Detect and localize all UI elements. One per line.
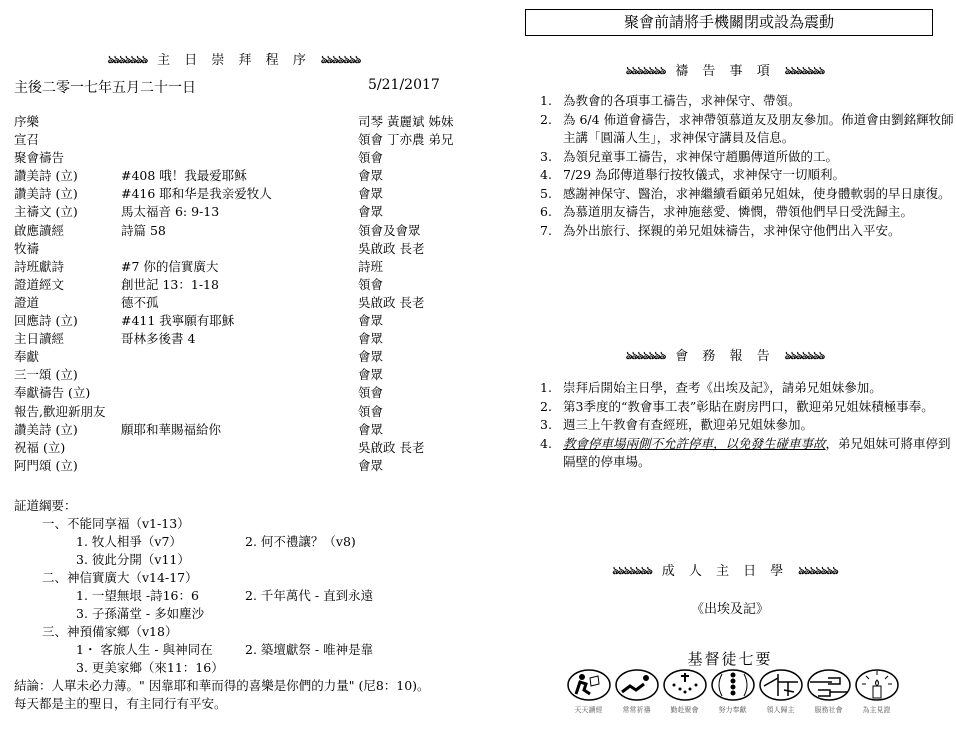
order-item-name: 讚美詩 (立) [14, 185, 78, 203]
outline-point-row: 1・ 客旅人生 - 與神同在2. 築壇獻祭 - 唯神是靠 [14, 641, 484, 659]
essential-label: 服務社會 [805, 705, 852, 715]
sunday-school-title-bar: ঌঌঌঌঌঌঌ成 人 主 日 學ঌঌঌঌঌঌঌ [560, 560, 890, 581]
order-item-name: 報告,歡迎新朋友 [14, 403, 105, 421]
outline-section-title: 二、神信實廣大（v14-17） [14, 569, 484, 587]
order-item-detail: 願耶和華賜福給你 [121, 421, 221, 439]
announcements-list: 1.崇拜后開始主日學，查考《出埃及記》，請弟兄姐妹參加。2.第3季度的“教會事工… [537, 379, 956, 472]
essential-item: 為主見證 [853, 668, 900, 715]
prayer-item: 7.為外出旅行、探親的弟兄姐妹禱告，求神保守他們出入平安。 [537, 222, 956, 241]
seven-essentials-icons: 天天讀經常常祈禱勤赴聚會努力奉獻領人歸主服務社會為主見證 [565, 668, 900, 715]
order-item-detail: #416 耶和华是我亲爱牧人 [121, 185, 272, 203]
announcement-emphasis: 教會停車場兩側不允許停車，以免發生碰車事故 [563, 436, 826, 451]
order-item-name: 宣召 [14, 131, 39, 149]
order-item-leader: 會眾 [358, 203, 383, 221]
praying-icon [614, 668, 660, 702]
essential-item: 常常祈禱 [613, 668, 660, 715]
order-item-leader: 會眾 [358, 185, 383, 203]
outline-point-row: 1. 牧人相爭（v7）2. 何不禮讓？（v8) [14, 533, 484, 551]
essential-item: 努力奉獻 [709, 668, 756, 715]
essential-label: 天天讀經 [565, 705, 612, 715]
order-item: 阿門頌 (立)會眾 [14, 457, 474, 475]
order-item-name: 奉獻禱告 (立) [14, 384, 90, 402]
order-item: 啟應讀經詩篇 58領會及會眾 [14, 222, 474, 240]
left-page: ঌঌঌঌঌঌঌ主 日 崇 拜 程 序ঌঌঌঌঌঌঌ 主後二零一七年五月二十一日 … [0, 0, 480, 741]
order-item-name: 詩班獻詩 [14, 258, 64, 276]
prayer-list: 1.為教會的各項事工禱告，求神保守、帶領。2.為 6/4 佈道會禱告，求神帶領慕… [537, 92, 956, 240]
evangelism-icon [758, 668, 804, 702]
order-item: 奉獻禱告 (立)領會 [14, 384, 474, 402]
order-item: 回應詩 (立)#411 我寧願有耶穌會眾 [14, 312, 474, 330]
outline-heading: 証道綱要： [14, 497, 484, 515]
announcement-text: 週三上午教會有查經班，歡迎弟兄姐妹參加。 [563, 417, 813, 432]
order-item-name: 證道 [14, 294, 39, 312]
order-item-detail: 德不孤 [121, 294, 159, 312]
prayer-item-text: 為教會的各項事工禱告，求神保守、帶領。 [563, 93, 801, 108]
order-item-detail: #411 我寧願有耶穌 [121, 312, 234, 330]
order-item-leader: 會眾 [358, 421, 383, 439]
order-item-leader: 司琴 黃麗斌 姊妹 [358, 113, 453, 131]
item-number: 2. [540, 111, 552, 130]
outline-point-row: 3. 更美家鄉（來11：16） [14, 659, 484, 677]
item-number: 6. [540, 203, 552, 222]
item-number: 3. [540, 416, 552, 435]
item-number: 1. [540, 92, 552, 111]
order-item-detail: 詩篇 58 [121, 222, 166, 240]
order-item-leader: 吳啟政 長老 [358, 439, 424, 457]
order-item-leader: 領會 丁亦農 弟兄 [358, 131, 453, 149]
outline-point-row: 3. 彼此分開（v11） [14, 551, 484, 569]
ornament-icon: ঌঌঌঌঌঌঌ [612, 562, 651, 581]
order-item-detail: 馬太福音 6: 9-13 [121, 203, 219, 221]
order-item-leader: 領會及會眾 [358, 222, 421, 240]
announcement-text: 第3季度的“教會事工表”彰貼在廚房門口，歡迎弟兄姐妹積極事奉。 [563, 399, 934, 414]
prayer-title-bar: ঌঌঌঌঌঌঌ禱 告 事 項ঌঌঌঌঌঌঌ [560, 60, 890, 81]
essential-label: 勤赴聚會 [661, 705, 708, 715]
order-item-name: 奉獻 [14, 348, 39, 366]
order-item: 牧禱吳啟政 長老 [14, 240, 474, 258]
ornament-icon: ঌঌঌঌঌঌঌ [626, 62, 665, 81]
announcement-item: 4.教會停車場兩側不允許停車，以免發生碰車事故，弟兄姐妹可將車停到隔壁的停車場。 [537, 435, 956, 472]
order-item-leader: 領會 [358, 384, 383, 402]
order-item-leader: 領會 [358, 403, 383, 421]
order-item-detail: #408 哦！我最爱耶稣 [121, 167, 247, 185]
outline-point: 1. 一望無垠 -詩16：6 [76, 587, 199, 605]
outline-point: 3. 子孫滿堂 - 多如塵沙 [76, 605, 204, 623]
item-number: 2. [540, 398, 552, 417]
prayer-item-text: 為領兒童事工禱告，求神保守趙鵬傳道所做的工。 [563, 149, 838, 164]
ornament-icon: ঌঌঌঌঌঌঌ [785, 62, 824, 81]
order-item: 詩班獻詩#7 你的信實廣大詩班 [14, 258, 474, 276]
order-item: 讚美詩 (立)願耶和華賜福給你會眾 [14, 421, 474, 439]
prayer-item: 5.感謝神保守、醫治，求神繼續看顧弟兄姐妹，使身體軟弱的早日康復。 [537, 185, 956, 204]
outline-point: 2. 千年萬代 - 直到永遠 [245, 587, 373, 605]
announcement-item: 3.週三上午教會有查經班，歡迎弟兄姐妹參加。 [537, 416, 956, 435]
order-item-leader: 會眾 [358, 348, 383, 366]
date-row: 主後二零一七年五月二十一日 5/21/2017 [14, 77, 464, 97]
order-item: 讚美詩 (立)#416 耶和华是我亲爱牧人會眾 [14, 185, 474, 203]
essential-label: 為主見證 [853, 705, 900, 715]
outline-closing: 每天都是主的聖日，有主同行有平安。 [14, 695, 484, 713]
ornament-icon: ঌঌঌঌঌঌঌ [785, 347, 824, 366]
order-item-name: 序樂 [14, 113, 39, 131]
order-item: 證道經文創世記 13：1-18領會 [14, 276, 474, 294]
outline-conclusion: 結論：人單未必力薄。" 因靠耶和華而得的喜樂是你們的力量" (尼8：10)。 [14, 677, 484, 695]
order-item-leader: 領會 [358, 149, 383, 167]
seven-essentials-title: 基督徒七要 [640, 648, 820, 669]
order-item-leader: 會眾 [358, 366, 383, 384]
order-item-leader: 會眾 [358, 167, 383, 185]
order-item: 三一頌 (立)會眾 [14, 366, 474, 384]
order-item: 宣召領會 丁亦農 弟兄 [14, 131, 474, 149]
phone-notice-banner: 聚會前請將手機關閉或設為震動 [525, 9, 933, 36]
worship-title-bar: ঌঌঌঌঌঌঌ主 日 崇 拜 程 序ঌঌঌঌঌঌঌ [84, 49, 384, 70]
prayer-item-text: 感謝神保守、醫治，求神繼續看顧弟兄姐妹，使身體軟弱的早日康復。 [563, 186, 951, 201]
order-item-name: 三一頌 (立) [14, 366, 78, 384]
prayer-item: 4.7/29 為邱傳道舉行按牧儀式，求神保守一切順利。 [537, 166, 956, 185]
order-item: 奉獻會眾 [14, 348, 474, 366]
item-number: 5. [540, 185, 552, 204]
order-item-leader: 吳啟政 長老 [358, 240, 424, 258]
prayer-title: 禱 告 事 項 [675, 64, 774, 79]
order-item-leader: 吳啟政 長老 [358, 294, 424, 312]
prayer-item-text: 為 6/4 佈道會禱告，求神帶領慕道友及朋友參加。佈道會由劉銘輝牧師主講「圓滿人… [563, 112, 954, 146]
order-item-name: 主禱文 (立) [14, 203, 78, 221]
essential-item: 天天讀經 [565, 668, 612, 715]
item-number: 4. [540, 435, 552, 454]
order-item: 聚會禱告領會 [14, 149, 474, 167]
essential-label: 領人歸主 [757, 705, 804, 715]
item-number: 7. [540, 222, 552, 241]
essential-item: 勤赴聚會 [661, 668, 708, 715]
outline-section-title: 三、神預備家鄉（v18） [14, 623, 484, 641]
service-icon [806, 668, 852, 702]
order-item-name: 讚美詩 (立) [14, 167, 78, 185]
order-item-name: 牧禱 [14, 240, 39, 258]
order-item-detail: 哥林多後書 4 [121, 330, 195, 348]
right-page: 聚會前請將手機關閉或設為震動 ঌঌঌঌঌঌঌ禱 告 事 項ঌঌঌঌঌঌঌ 1.為… [500, 0, 956, 741]
ornament-icon: ঌঌঌঌঌঌঌ [108, 51, 147, 70]
order-item-leader: 會眾 [358, 457, 383, 475]
prayer-item: 3.為領兒童事工禱告，求神保守趙鵬傳道所做的工。 [537, 148, 956, 167]
order-item-name: 主日讀經 [14, 330, 64, 348]
prayer-item-text: 為外出旅行、探親的弟兄姐妹禱告，求神保守他們出入平安。 [563, 223, 901, 238]
sunday-school-title: 成 人 主 日 學 [662, 564, 789, 579]
prayer-item: 1.為教會的各項事工禱告，求神保守、帶領。 [537, 92, 956, 111]
order-item: 主禱文 (立)馬太福音 6: 9-13會眾 [14, 203, 474, 221]
essential-item: 領人歸主 [757, 668, 804, 715]
announcement-text: 崇拜后開始主日學，查考《出埃及記》，請弟兄姐妹參加。 [563, 380, 882, 395]
order-item-detail: 創世記 13：1-18 [121, 276, 219, 294]
announcement-item: 2.第3季度的“教會事工表”彰貼在廚房門口，歡迎弟兄姐妹積極事奉。 [537, 398, 956, 417]
order-item-name: 祝福 (立) [14, 439, 65, 457]
item-number: 1. [540, 379, 552, 398]
order-item: 報告,歡迎新朋友領會 [14, 403, 474, 421]
outline-point: 1・ 客旅人生 - 與神同在 [76, 641, 213, 659]
essential-label: 常常祈禱 [613, 705, 660, 715]
outline-point-row: 3. 子孫滿堂 - 多如塵沙 [14, 605, 484, 623]
order-item: 序樂司琴 黃麗斌 姊妹 [14, 113, 474, 131]
order-item: 祝福 (立)吳啟政 長老 [14, 439, 474, 457]
church-gathering-icon [662, 668, 708, 702]
order-item: 證道德不孤吳啟政 長老 [14, 294, 474, 312]
item-number: 3. [540, 148, 552, 167]
offering-icon [710, 668, 756, 702]
ornament-icon: ঌঌঌঌঌঌঌ [626, 347, 665, 366]
witness-candle-icon [854, 668, 900, 702]
prayer-item: 2.為 6/4 佈道會禱告，求神帶領慕道友及朋友參加。佈道會由劉銘輝牧師主講「圓… [537, 111, 956, 148]
announcements-title: 會 務 報 告 [675, 349, 774, 364]
order-item-leader: 領會 [358, 276, 383, 294]
order-item-name: 回應詩 (立) [14, 312, 78, 330]
announcements-title-bar: ঌঌঌঌঌঌঌ會 務 報 告ঌঌঌঌঌঌঌ [560, 345, 890, 366]
order-item-leader: 會眾 [358, 312, 383, 330]
order-item: 主日讀經哥林多後書 4會眾 [14, 330, 474, 348]
bible-reading-icon [566, 668, 612, 702]
ornament-icon: ঌঌঌঌঌঌঌ [798, 562, 837, 581]
order-item-name: 啟應讀經 [14, 222, 64, 240]
outline-point: 1. 牧人相爭（v7） [76, 533, 182, 551]
prayer-item-text: 為慕道朋友禱告，求神施慈愛、憐憫，帶領他們早日受洗歸主。 [563, 204, 913, 219]
order-item-name: 聚會禱告 [14, 149, 64, 167]
item-number: 4. [540, 166, 552, 185]
order-item: 讚美詩 (立)#408 哦！我最爱耶稣會眾 [14, 167, 474, 185]
order-item-name: 讚美詩 (立) [14, 421, 78, 439]
date-numeric: 5/21/2017 [368, 77, 440, 93]
order-item-detail: #7 你的信實廣大 [121, 258, 218, 276]
order-item-leader: 會眾 [358, 330, 383, 348]
outline-point: 2. 何不禮讓？（v8) [245, 533, 356, 551]
outline-point: 3. 更美家鄉（來11：16） [76, 659, 224, 677]
date-chinese: 主後二零一七年五月二十一日 [14, 80, 196, 96]
order-item-leader: 詩班 [358, 258, 383, 276]
order-item-name: 證道經文 [14, 276, 64, 294]
essential-item: 服務社會 [805, 668, 852, 715]
essential-label: 努力奉獻 [709, 705, 756, 715]
prayer-item-text: 7/29 為邱傳道舉行按牧儀式，求神保守一切順利。 [563, 167, 845, 182]
outline-section-title: 一、不能同享福（v1-13） [14, 515, 484, 533]
outline-point-row: 1. 一望無垠 -詩16：62. 千年萬代 - 直到永遠 [14, 587, 484, 605]
outline-point: 2. 築壇獻祭 - 唯神是靠 [245, 641, 373, 659]
worship-order-list: 序樂司琴 黃麗斌 姊妹宣召領會 丁亦農 弟兄聚會禱告領會讚美詩 (立)#408 … [14, 113, 474, 475]
sermon-outline: 証道綱要： 一、不能同享福（v1-13）1. 牧人相爭（v7）2. 何不禮讓？（… [14, 497, 484, 713]
prayer-item: 6.為慕道朋友禱告，求神施慈愛、憐憫，帶領他們早日受洗歸主。 [537, 203, 956, 222]
announcement-item: 1.崇拜后開始主日學，查考《出埃及記》，請弟兄姐妹參加。 [537, 379, 956, 398]
sunday-school-book: 《出埃及記》 [640, 598, 820, 617]
ornament-icon: ঌঌঌঌঌঌঌ [321, 51, 360, 70]
outline-point: 3. 彼此分開（v11） [76, 551, 190, 569]
order-item-name: 阿門頌 (立) [14, 457, 78, 475]
worship-title: 主 日 崇 拜 程 序 [157, 53, 311, 68]
